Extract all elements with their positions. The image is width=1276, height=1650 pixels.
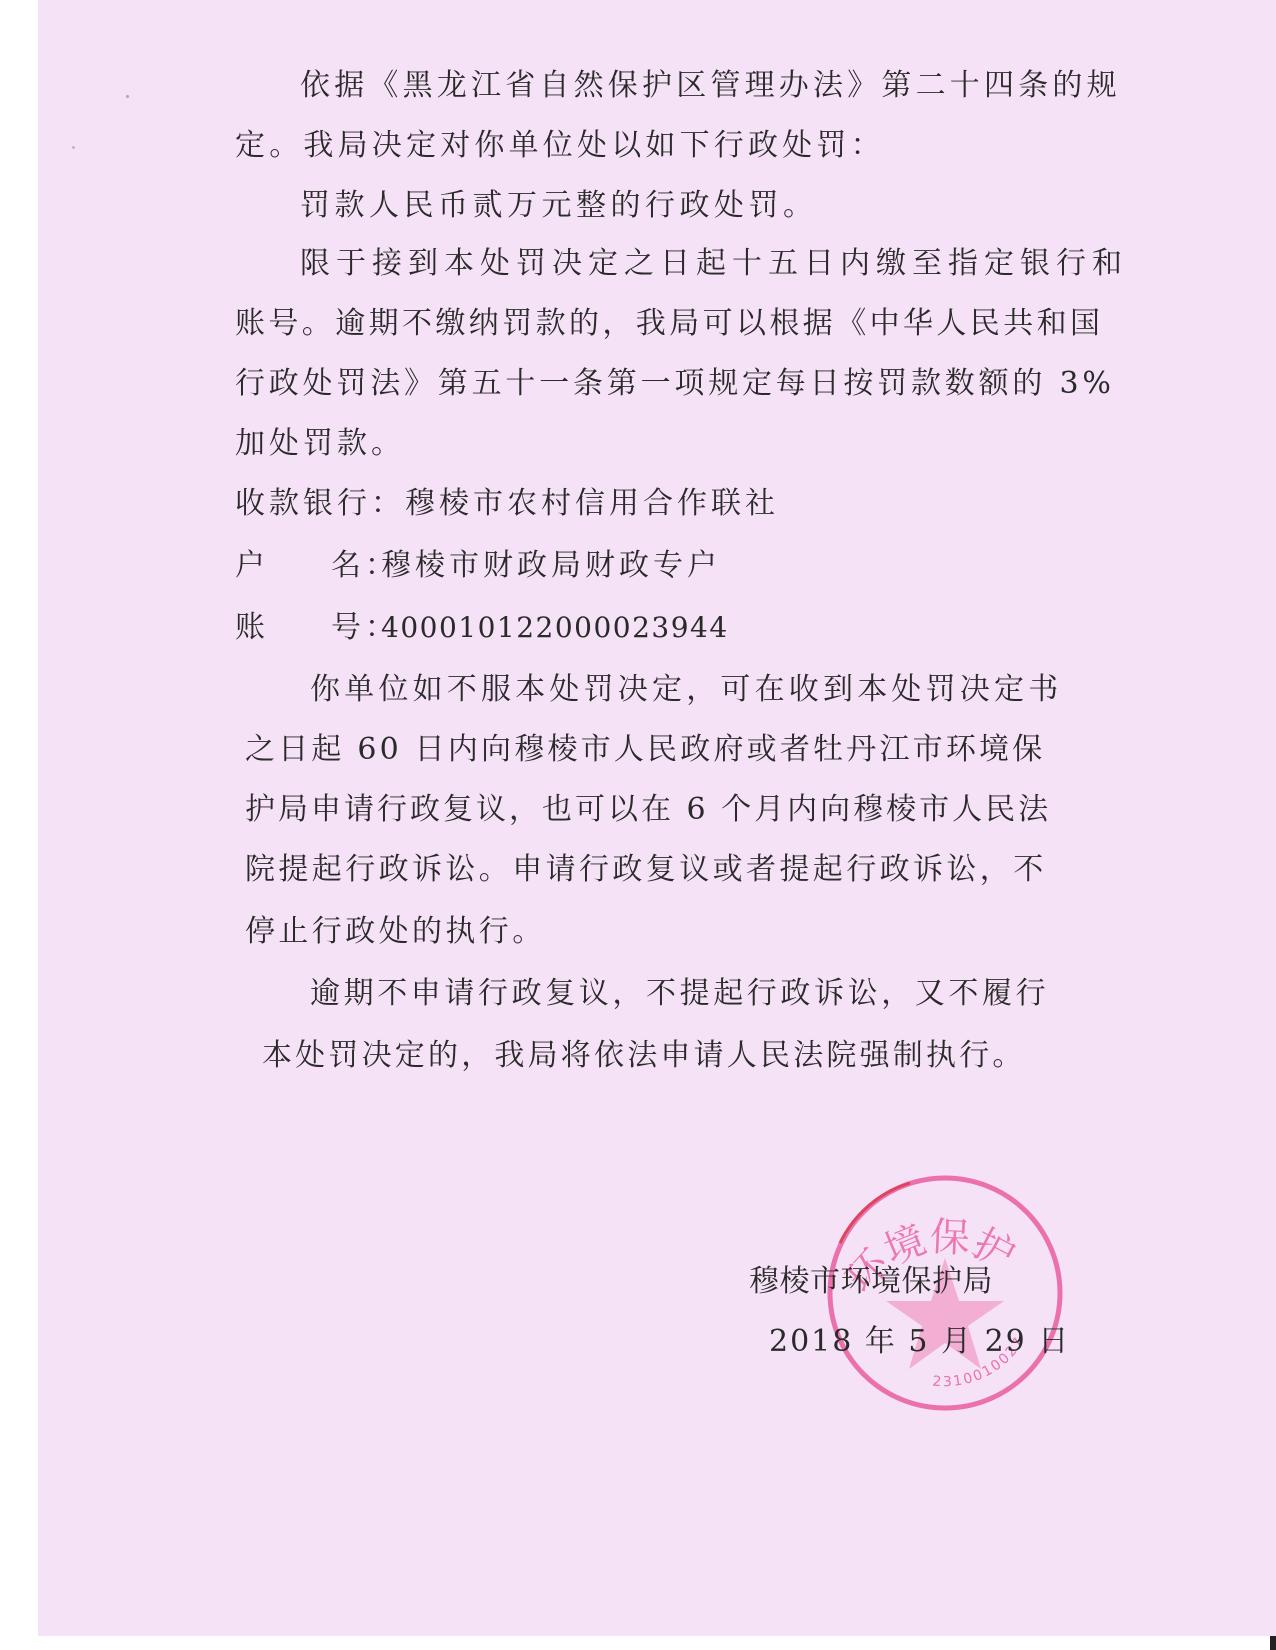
paragraph-4-line-2: 本处罚决定的，我局将依法申请人民法院强制执行。: [262, 1036, 1026, 1076]
paragraph-3-line-3: 护局申请行政复议，也可以在 6 个月内向穆棱市人民法: [245, 790, 1051, 830]
paragraph-4-line-1: 逾期不申请行政复议，不提起行政诉讼，又不履行: [310, 974, 1049, 1014]
account-name-value: 穆棱市财政局财政专户: [381, 548, 721, 583]
bank-row: 收款银行：穆棱市农村信用合作联社: [235, 484, 779, 524]
paragraph-3-line-1: 你单位如不服本处罚决定，可在收到本处罚决定书: [310, 670, 1062, 710]
scan-speck: [126, 95, 129, 98]
paragraph-3-line-2: 之日起 60 日内向穆棱市人民政府或者牡丹江市环境保: [245, 730, 1045, 770]
scan-edge: [1270, 1636, 1276, 1650]
paragraph-2-line-1: 限于接到本处罚决定之日起十五日内缴至指定银行和: [300, 244, 1128, 284]
paragraph-2-line-4: 加处罚款。: [235, 424, 405, 464]
paragraph-2-line-2: 账号。逾期不缴纳罚款的，我局可以根据《中华人民共和国: [235, 304, 1103, 344]
paragraph-2-line-3: 行政处罚法》第五十一条第一项规定每日按罚款数额的 3%: [235, 364, 1115, 404]
document-page: 依据《黑龙江省自然保护区管理办法》第二十四条的规 定。我局决定对你单位处以如下行…: [38, 0, 1276, 1636]
bank-label: 收款银行：: [235, 486, 405, 521]
account-name-row: 户名：穆棱市财政局财政专户: [235, 546, 721, 586]
penalty-statement: 罚款人民币贰万元整的行政处罚。: [300, 186, 818, 226]
account-number-row: 账号：400010122000023944: [235, 608, 729, 648]
issuer-name: 穆棱市环境保护局: [749, 1262, 993, 1302]
account-number-value: 400010122000023944: [381, 611, 729, 644]
paragraph-1-line-1: 依据《黑龙江省自然保护区管理办法》第二十四条的规: [300, 66, 1121, 106]
bank-value: 穆棱市农村信用合作联社: [405, 486, 779, 521]
account-number-label-a: 账: [235, 608, 331, 648]
paragraph-3-line-4: 院提起行政诉讼。申请行政复议或者提起行政诉讼，不: [245, 850, 1047, 890]
scan-speck: [72, 146, 75, 149]
account-name-label-a: 户: [235, 546, 331, 586]
issue-date: 2018 年 5 月 29 日: [769, 1322, 1070, 1362]
paragraph-1-line-2: 定。我局决定对你单位处以如下行政处罚：: [235, 126, 885, 166]
paragraph-3-line-5: 停止行政处的执行。: [245, 912, 546, 952]
